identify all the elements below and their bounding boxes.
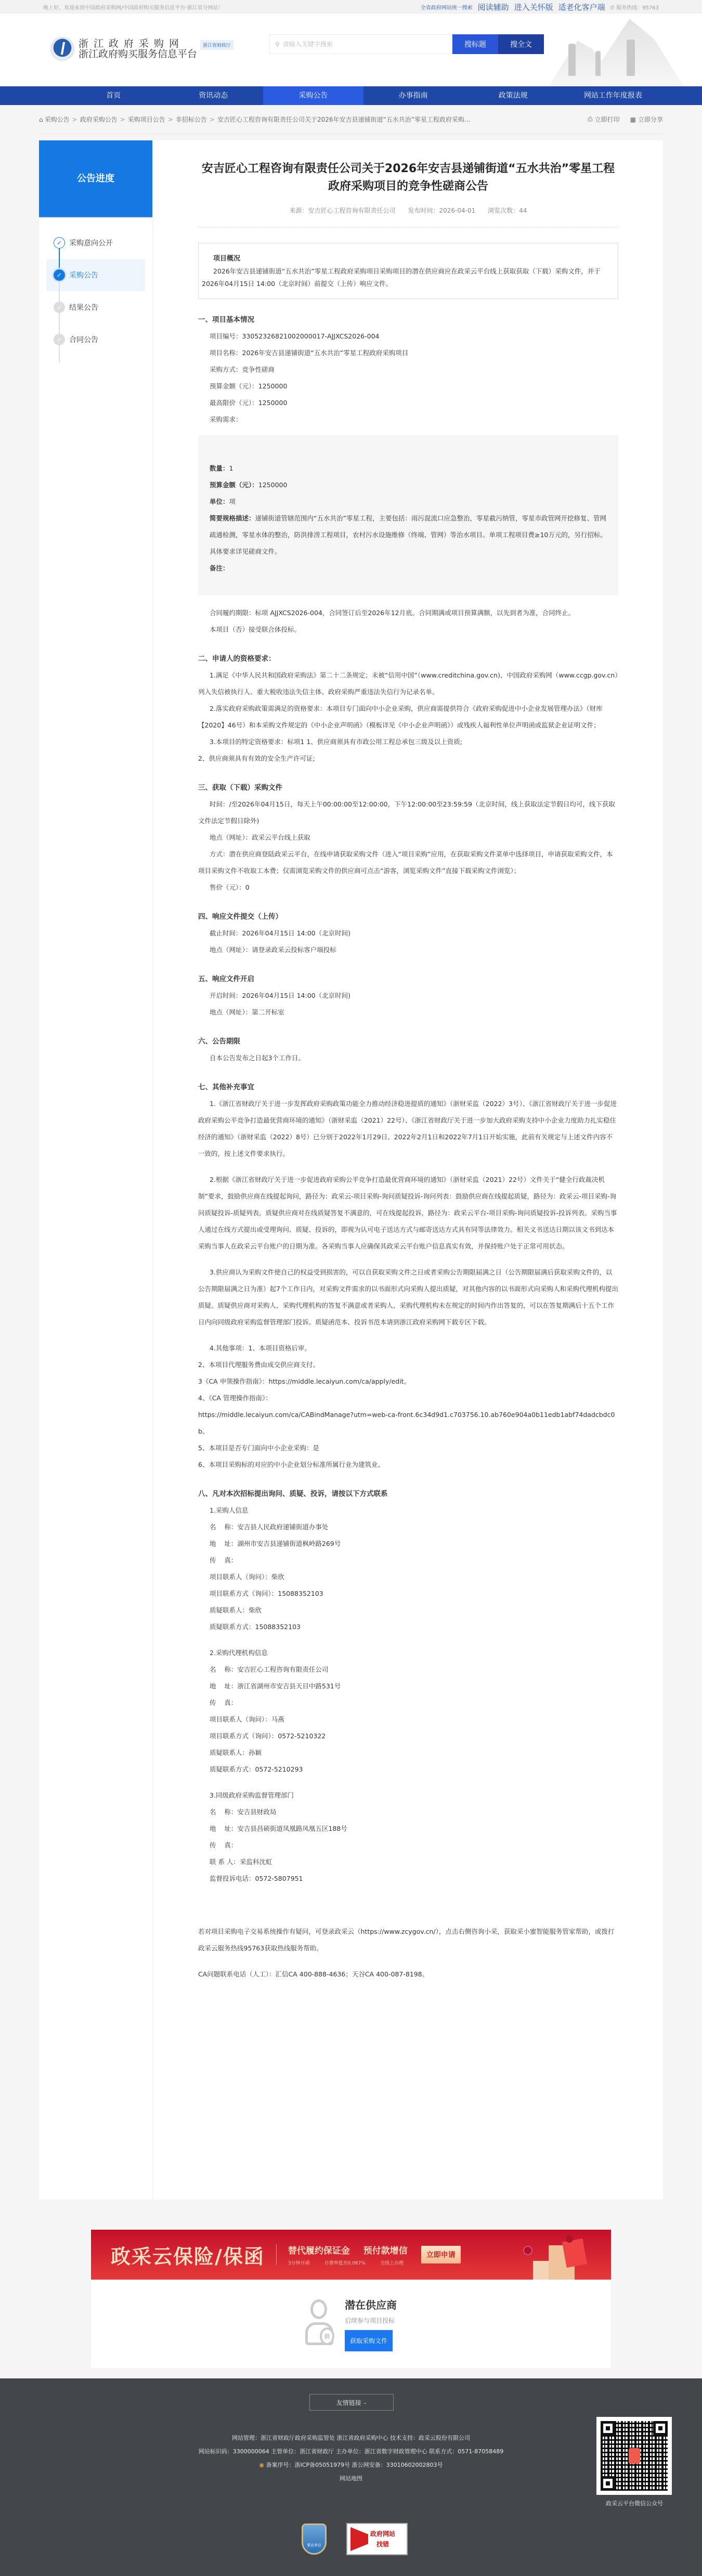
get-documents-button[interactable]: 获取采购文件	[345, 2330, 393, 2351]
nav-annual-report[interactable]: 网站工作年度报表	[563, 86, 663, 105]
reading-aid-link[interactable]: 阅读辅助	[478, 2, 509, 12]
step-intent[interactable]: ✓ 采购意向公开	[46, 227, 145, 259]
agency-info: 2.采购代理机构信息 名 称：安吉匠心工程咨询有限责任公司 地 址：浙江省湖州市…	[198, 1645, 618, 1778]
supplier-subtitle: 后续参与项目投标	[345, 2316, 397, 2325]
publish-time: 发布时间：2026-04-01	[408, 207, 475, 214]
step-announcement[interactable]: ✓ 采购公告	[46, 259, 145, 291]
public-institution-badge-icon[interactable]: 事业单位	[302, 2523, 327, 2555]
elderly-client-link[interactable]: 适老化客户端	[558, 2, 605, 12]
print-button[interactable]: ⎙立即打印	[588, 115, 620, 124]
magnifier-icon	[350, 2527, 368, 2551]
site-footer: 友情链接⌄ 网站管理：浙江省财政厅政府采购监管处 浙江省政府采购中心 技术支持：…	[0, 2378, 702, 2576]
sitemap-link[interactable]: 网站地图	[340, 2475, 362, 2482]
hotline: ✆ 服务热线：95763	[610, 3, 659, 11]
chevron-down-icon: ⌄	[363, 2400, 367, 2405]
demand-label: 采购需求：	[198, 411, 618, 428]
price-ceiling: 最高限价（元）：1250000	[198, 395, 618, 411]
source: 来源：安吉匠心工程咨询有限责任公司	[290, 207, 396, 214]
section-heading: 六、公告期限	[198, 1033, 618, 1050]
section-heading: 八、凡对本次招标提出询问、质疑、投诉，请按以下方式联系	[198, 1486, 618, 1502]
search-input[interactable]	[283, 41, 439, 48]
site-logo[interactable]: 浙江政府采购网 浙江政府购买服务信息平台 浙江省财政厅	[50, 37, 233, 61]
announcement-content: 安吉匠心工程咨询有限责任公司关于2026年安吉县递铺街道“五水共治”零星工程政府…	[153, 140, 663, 2200]
buyer-info: 1.采购人信息 名 称：安吉县人民政府递铺街道办事处 地 址：湖州市安吉县递铺街…	[198, 1502, 618, 1635]
breadcrumb: ⌂ 采购公告> 政府采购公告> 采购项目公告> 非招标公告> 安吉匠心工程咨询有…	[39, 105, 663, 134]
nav-home[interactable]: 首页	[63, 86, 163, 105]
budget: 预算金额（元）：1250000	[198, 378, 618, 395]
section-heading: 七、其他补充事宜	[198, 1079, 618, 1096]
care-version-link[interactable]: 进入关怀版	[514, 2, 553, 12]
section-heading: 二、申请人的资格要求：	[198, 650, 618, 667]
finance-dept-badge: 浙江省财政厅	[200, 40, 233, 50]
search-title-button[interactable]: 搜标题	[452, 34, 498, 54]
consortium-note: 本项目（否）接受联合体投标。	[198, 621, 618, 638]
potential-supplier-card: 供 潜在供应商 后续参与项目投标 获取采购文件	[91, 2280, 611, 2368]
wechat-qrcode	[596, 2417, 672, 2495]
province-search-link[interactable]: 全省政府网站统一搜索	[421, 3, 473, 11]
ca-contact-note: CA问题联系电话（人工）：汇信CA 400-888-4636；天谷CA 400-…	[198, 1966, 618, 1983]
project-name: 项目名称：2026年安吉县递铺街道“五水共治”零星工程政府采购项目	[198, 345, 618, 361]
breadcrumb-current: 安吉匠心工程咨询有限责任公司关于2026年安吉县递铺街道“五水共治”零星工程政府…	[217, 115, 470, 124]
check-circle-icon: ✓	[54, 334, 65, 345]
help-note: 若对项目采购电子交易系统操作有疑问，可登录政采云（https://www.zcy…	[198, 1923, 618, 1957]
apply-now-button[interactable]: 立即申请	[421, 2246, 461, 2263]
police-badge-icon: ◉	[259, 2462, 266, 2468]
emblem-icon	[50, 37, 74, 61]
step-result[interactable]: ✓ 结果公告	[46, 291, 145, 323]
article-meta: 来源：安吉匠心工程咨询有限责任公司 发布时间：2026-04-01 浏览次数：4…	[198, 206, 618, 228]
gov-site-error-report-badge[interactable]: 政府网站找错	[346, 2523, 408, 2555]
main-area: 公告进度 ✓ 采购意向公开 ✓ 采购公告 ✓ 结果公告 ✓ 合同公告 安吉匠心工…	[39, 140, 663, 2200]
building-illustration-icon	[512, 2235, 601, 2280]
breadcrumb-item[interactable]: 采购公告	[45, 115, 70, 124]
logo-subtitle: 浙江政府购买服务信息平台	[79, 49, 197, 59]
contract-period: 合同履约期限：标项 AJJXCS2026-004，合同签订后至2026年12月底…	[198, 605, 618, 621]
sidebar-title: 公告进度	[39, 140, 152, 217]
progress-sidebar: 公告进度 ✓ 采购意向公开 ✓ 采购公告 ✓ 结果公告 ✓ 合同公告	[39, 140, 152, 2200]
section-heading: 五、响应文件开启	[198, 971, 618, 987]
printer-icon: ⎙	[588, 115, 593, 123]
breadcrumb-item[interactable]: 政府采购公告	[80, 115, 118, 124]
supplier-title: 潜在供应商	[345, 2297, 397, 2312]
qrcode-icon: ▦	[630, 116, 636, 123]
promo-section: 政采云保险/保函 替代履约保证金 预付款增信 3分钟开函 月费率低至0.067%…	[91, 2230, 611, 2368]
ca-manage-link[interactable]: https://middle.lecaiyun.com/ca/CABindMan…	[198, 1407, 618, 1440]
breadcrumb-item[interactable]: 非招标公告	[176, 115, 207, 124]
nav-announcements[interactable]: 采购公告	[263, 86, 363, 105]
step-contract[interactable]: ✓ 合同公告	[46, 323, 145, 356]
procurement-method: 采购方式：竞争性磋商	[198, 361, 618, 378]
breadcrumb-item[interactable]: 采购项目公告	[128, 115, 165, 124]
logo-title: 浙江政府采购网	[79, 38, 197, 49]
nav-news[interactable]: 资讯动态	[163, 86, 263, 105]
view-count: 浏览次数：44	[488, 207, 527, 214]
qrcode-label: 政采云平台微信公众号	[593, 2499, 676, 2507]
page-title: 安吉匠心工程咨询有限责任公司关于2026年安吉县递铺街道“五水共治”零星工程政府…	[198, 140, 618, 196]
section-heading: 一、项目基本情况	[198, 311, 618, 328]
friendly-links-dropdown[interactable]: 友情链接⌄	[309, 2394, 394, 2411]
nav-guide[interactable]: 办事指南	[363, 86, 463, 105]
home-icon[interactable]: ⌂	[39, 116, 43, 123]
section-heading: 三、获取（下载）采购文件	[198, 779, 618, 796]
search-icon: ⚲	[275, 41, 280, 48]
share-button[interactable]: ▦立即分享	[630, 115, 663, 124]
search-bar: ⚲ 搜标题 搜全文	[269, 34, 544, 54]
check-circle-icon: ✓	[54, 302, 65, 313]
ca-apply-link[interactable]: 3《CA 申领操作指南》：https://middle.lecaiyun.com…	[198, 1373, 618, 1390]
main-nav: 首页 资讯动态 采购公告 办事指南 政策法规 网站工作年度报表	[0, 86, 702, 105]
project-number: 项目编号：33052326821002000017-AJJXCS2026-004	[198, 328, 618, 345]
mountain-decoration	[549, 14, 684, 86]
site-header: 浙江政府采购网 浙江政府购买服务信息平台 浙江省财政厅 ⚲ 搜标题 搜全文	[0, 14, 702, 86]
supplier-user-icon: 供	[305, 2299, 334, 2348]
phone-icon: ✆	[610, 5, 617, 11]
insurance-banner[interactable]: 政采云保险/保函 替代履约保证金 预付款增信 3分钟开函 月费率低至0.067%…	[91, 2230, 611, 2280]
top-bar: 晚上好，欢迎来到中国政府采购网/中国政府购买服务信息平台·浙江省分网站！ 全省政…	[0, 0, 702, 14]
search-fulltext-button[interactable]: 搜全文	[498, 34, 544, 54]
check-circle-icon: ✓	[54, 237, 65, 249]
check-circle-icon: ✓	[54, 269, 65, 281]
project-summary: 项目概况 2026年安吉县递铺街道“五水共治”零星工程政府采购项目采购项目的潜在…	[198, 243, 618, 299]
supervisor-info: 3.同级政府采购监督管理部门 名 称：安吉县财政局 地 址：安吉县昌硕街道凤凰路…	[198, 1787, 618, 1887]
greeting-text: 晚上好，欢迎来到中国政府采购网/中国政府购买服务信息平台·浙江省分网站！	[43, 3, 224, 11]
nav-policy[interactable]: 政策法规	[463, 86, 563, 105]
requirement-box: 数量：1 预算金额（元）：1250000 单位：项 简要规格描述：递铺街道管辖范…	[198, 435, 618, 595]
section-heading: 四、响应文件提交（上传）	[198, 908, 618, 925]
